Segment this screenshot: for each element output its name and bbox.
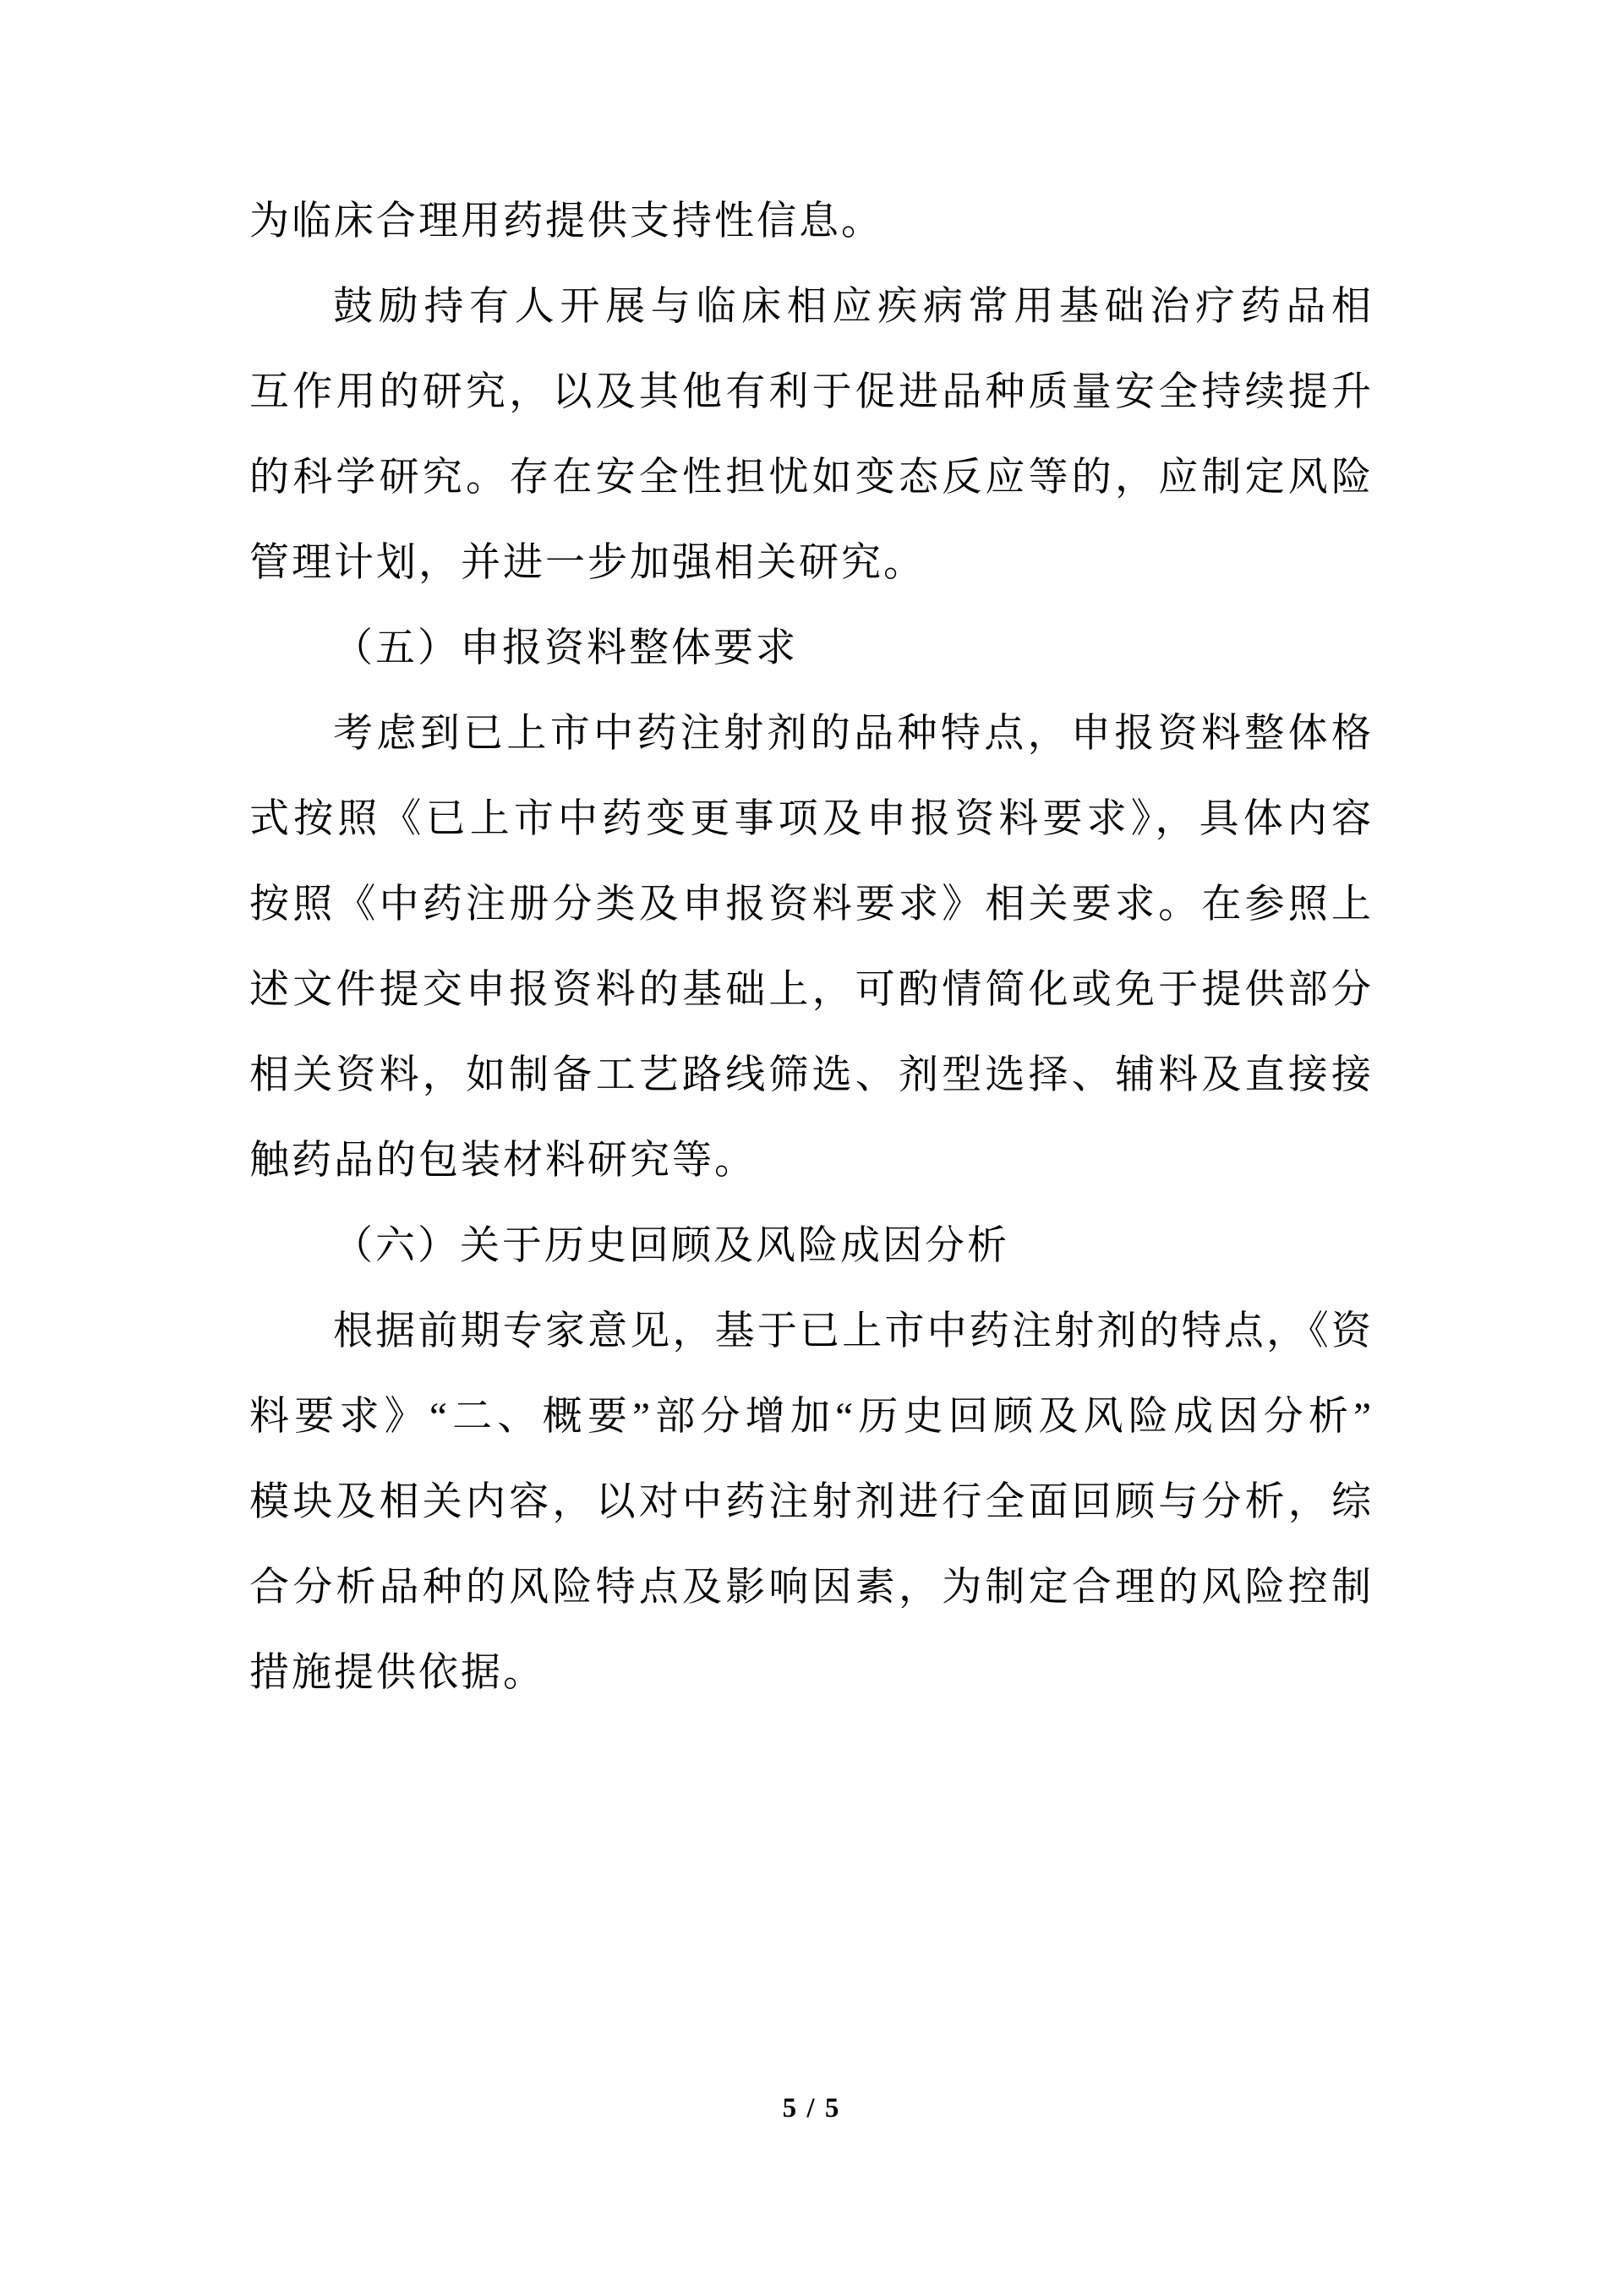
text-line: 为临床合理用药提供支持性信息。 (249, 179, 1374, 265)
text-line: 管理计划，并进一步加强相关研究。 (249, 521, 1374, 606)
text-line: 合分析品种的风险特点及影响因素，为制定合理的风险控制 (249, 1545, 1374, 1631)
text-line: 述文件提交申报资料的基础上，可酌情简化或免于提供部分 (249, 948, 1374, 1033)
text-line: 按照《中药注册分类及申报资料要求》相关要求。在参照上 (249, 862, 1374, 948)
document-body: 为临床合理用药提供支持性信息。鼓励持有人开展与临床相应疾病常用基础治疗药品相互作… (249, 179, 1374, 1716)
text-line: 式按照《已上市中药变更事项及申报资料要求》，具体内容 (249, 777, 1374, 862)
text-line: 触药品的包装材料研究等。 (249, 1118, 1374, 1204)
text-line: 鼓励持有人开展与临床相应疾病常用基础治疗药品相 (249, 265, 1374, 350)
text-line: 模块及相关内容，以对中药注射剂进行全面回顾与分析，综 (249, 1460, 1374, 1545)
section-heading: （六）关于历史回顾及风险成因分析 (249, 1204, 1374, 1289)
text-line: 考虑到已上市中药注射剂的品种特点，申报资料整体格 (249, 692, 1374, 777)
text-line: 互作用的研究，以及其他有利于促进品种质量安全持续提升 (249, 350, 1374, 435)
text-line: 根据前期专家意见，基于已上市中药注射剂的特点，《资 (249, 1289, 1374, 1375)
section-heading: （五）申报资料整体要求 (249, 606, 1374, 692)
text-line: 的科学研究。存在安全性担忧如变态反应等的，应制定风险 (249, 435, 1374, 521)
text-line: 相关资料，如制备工艺路线筛选、剂型选择、辅料及直接接 (249, 1033, 1374, 1118)
page-footer: 5 / 5 (0, 2093, 1623, 2124)
text-line: 措施提供依据。 (249, 1631, 1374, 1716)
page-number: 5 / 5 (783, 2093, 841, 2124)
document-page: 为临床合理用药提供支持性信息。鼓励持有人开展与临床相应疾病常用基础治疗药品相互作… (0, 0, 1623, 2296)
text-line: 料要求》“二、概要”部分增加“历史回顾及风险成因分析” (249, 1375, 1374, 1460)
